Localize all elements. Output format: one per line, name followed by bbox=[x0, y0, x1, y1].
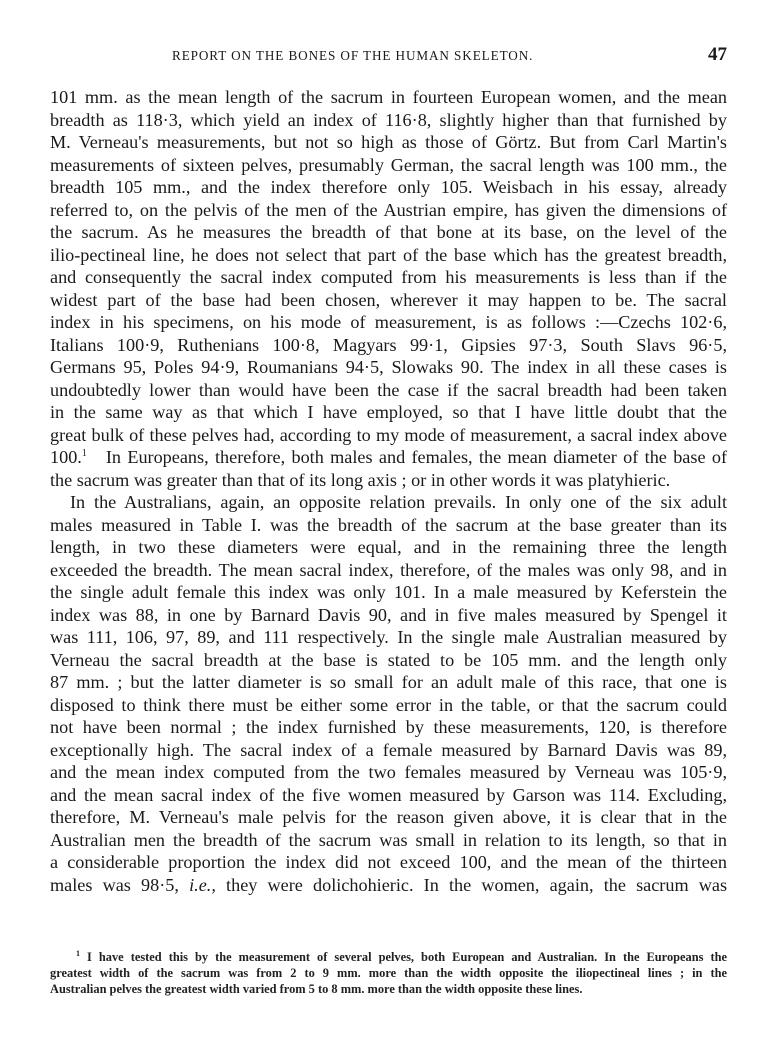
footnote-line: greatest width of the sacrum was from 2 … bbox=[50, 965, 727, 981]
text-line: exceptionally high. The sacral index of … bbox=[50, 739, 727, 762]
paragraph-start-line: In the Australians, again, an opposite r… bbox=[50, 491, 727, 514]
text-line: Australian men the breadth of the sacrum… bbox=[50, 829, 727, 852]
text-line: not have been normal ; the index furnish… bbox=[50, 716, 727, 739]
footnote: 1 I have tested this by the measurement … bbox=[50, 949, 727, 997]
page-number: 47 bbox=[708, 44, 727, 66]
text-line: 101 mm. as the mean length of the sacrum… bbox=[50, 86, 727, 109]
text-fragment: males was 98·5, bbox=[50, 875, 179, 895]
footnote-text: I have tested this by the measurement of… bbox=[87, 950, 727, 964]
text-line: was 111, 106, 97, 89, and 111 respective… bbox=[50, 626, 727, 649]
text-line: great bulk of these pelves had, accordin… bbox=[50, 424, 727, 447]
footnote-marker: 1 bbox=[76, 949, 80, 958]
text-line: the single adult female this index was o… bbox=[50, 581, 727, 604]
text-line: Germans 95, Poles 94·9, Roumanians 94·5,… bbox=[50, 356, 727, 379]
footnote-line: Australian pelves the greatest width var… bbox=[50, 981, 727, 997]
book-page: REPORT ON THE BONES OF THE HUMAN SKELETO… bbox=[0, 0, 776, 1050]
text-line: a considerable proportion the index did … bbox=[50, 851, 727, 874]
text-line: referred to, on the pelvis of the men of… bbox=[50, 199, 727, 222]
text-fragment: In Europeans, therefore, both males and … bbox=[106, 447, 727, 467]
text-line: Italians 100·9, Ruthenians 100·8, Magyar… bbox=[50, 334, 727, 357]
text-line: length, in two these diameters were equa… bbox=[50, 536, 727, 559]
text-line: males measured in Table I. was the bread… bbox=[50, 514, 727, 537]
text-line: breadth as 118·3, which yield an index o… bbox=[50, 109, 727, 132]
text-line: and the mean sacral index of the five wo… bbox=[50, 784, 727, 807]
text-line: therefore, M. Verneau's male pelvis for … bbox=[50, 806, 727, 829]
running-title: REPORT ON THE BONES OF THE HUMAN SKELETO… bbox=[172, 48, 533, 64]
text-line: 87 mm. ; but the latter diameter is so s… bbox=[50, 671, 727, 694]
text-line: in the same way as that which I have emp… bbox=[50, 401, 727, 424]
text-line: index in his specimens, on his mode of m… bbox=[50, 311, 727, 334]
text-line: M. Verneau's measurements, but not so hi… bbox=[50, 131, 727, 154]
footnote-line: 1 I have tested this by the measurement … bbox=[50, 949, 727, 965]
text-line: measurements of sixteen pelves, presumab… bbox=[50, 154, 727, 177]
running-header: REPORT ON THE BONES OF THE HUMAN SKELETO… bbox=[172, 44, 727, 66]
italic-abbreviation: i.e., bbox=[189, 875, 216, 895]
footnote-reference[interactable]: 1 bbox=[82, 448, 87, 459]
text-line: Verneau the sacral breadth at the base i… bbox=[50, 649, 727, 672]
text-line: the sacrum. As he measures the breadth o… bbox=[50, 221, 727, 244]
text-line: breadth 105 mm., and the index therefore… bbox=[50, 176, 727, 199]
text-line: the sacrum was greater than that of its … bbox=[50, 469, 727, 492]
text-line: exceeded the breadth. The mean sacral in… bbox=[50, 559, 727, 582]
text-line: ilio-pectineal line, he does not select … bbox=[50, 244, 727, 267]
text-fragment: 100. bbox=[50, 447, 82, 467]
text-line: widest part of the base had been chosen,… bbox=[50, 289, 727, 312]
text-line: index was 88, in one by Barnard Davis 90… bbox=[50, 604, 727, 627]
body-text: 101 mm. as the mean length of the sacrum… bbox=[50, 86, 727, 896]
text-line-with-italic: males was 98·5, i.e., they were dolichoh… bbox=[50, 874, 727, 897]
text-line: and consequently the sacral index comput… bbox=[50, 266, 727, 289]
text-line: and the mean index computed from the two… bbox=[50, 761, 727, 784]
text-fragment: they were dolichohieric. In the women, a… bbox=[226, 875, 727, 895]
text-line: undoubtedly lower than would have been t… bbox=[50, 379, 727, 402]
text-line-with-footnote-ref: 100.1 In Europeans, therefore, both male… bbox=[50, 446, 727, 469]
text-line: disposed to think there must be either s… bbox=[50, 694, 727, 717]
